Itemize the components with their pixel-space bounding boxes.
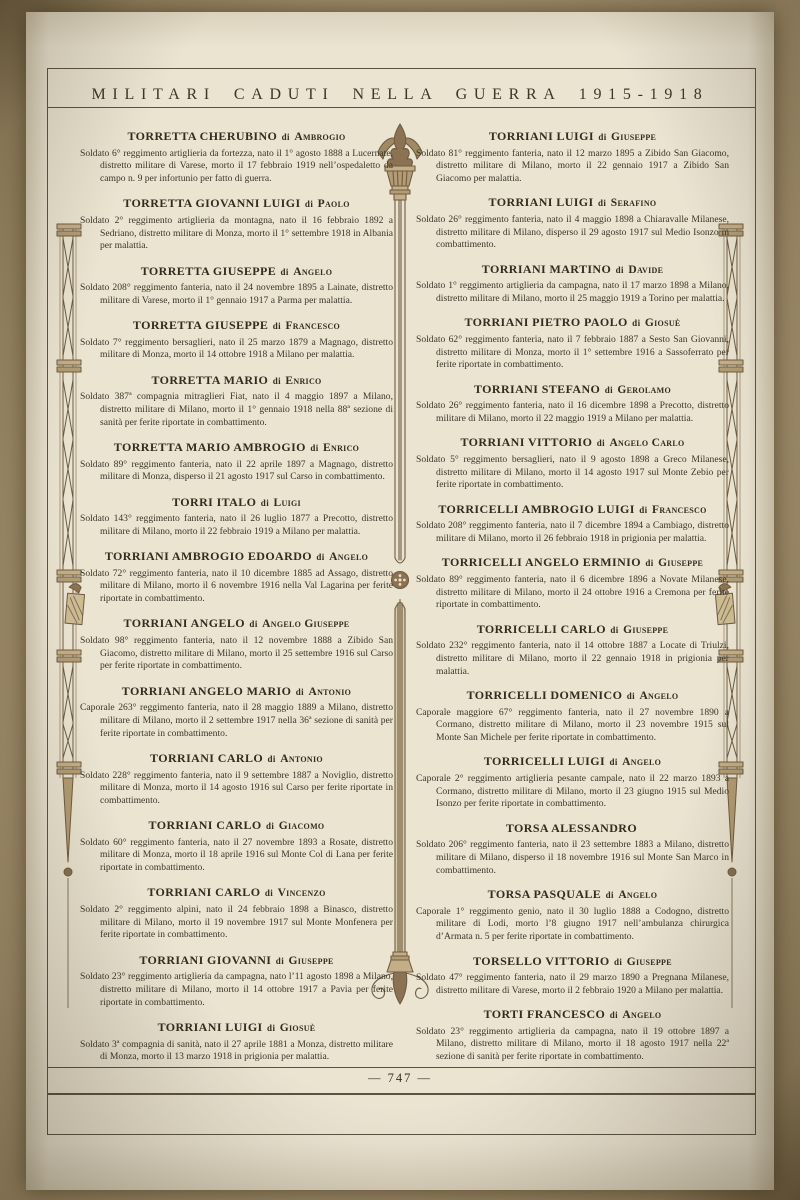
patronymic-name: Giuseppe: [289, 955, 334, 967]
soldier-name: TORRIANI CARLO: [150, 751, 263, 765]
soldier-record-text: Soldato 26° reggimento fanteria, nato il…: [416, 400, 729, 425]
soldier-entry: TORRIANI CARLO di Antonio Soldato 228° r…: [80, 752, 393, 808]
patronymic-prefix: di: [266, 821, 274, 831]
page-title: MILITARI CADUTI NELLA GUERRA 1915-1918: [26, 86, 774, 104]
soldier-entry: TORRIANI GIOVANNI di Giuseppe Soldato 23…: [80, 954, 393, 1010]
patronymic-prefix: di: [261, 498, 269, 508]
soldier-name-heading: TORRIANI LUIGI di Giuseppe: [416, 130, 729, 144]
soldier-name-heading: TORRETTA GIUSEPPE di Francesco: [80, 319, 393, 333]
soldier-name-heading: TORRETTA MARIO AMBROGIO di Enrico: [80, 441, 393, 455]
soldier-entry: TORRICELLI ANGELO ERMINIO di Giuseppe So…: [416, 556, 729, 612]
soldier-name: TORRIANI MARTINO: [482, 262, 611, 276]
soldier-name-heading: TORRIANI GIOVANNI di Giuseppe: [80, 954, 393, 968]
soldier-record-text: Soldato 143° reggimento fanteria, nato i…: [80, 513, 393, 538]
patronymic-prefix: di: [632, 318, 640, 328]
soldier-record-text: Soldato 232° reggimento fanteria, nato i…: [416, 640, 729, 678]
patronymic-prefix: di: [616, 265, 624, 275]
soldier-name: TORRICELLI CARLO: [477, 622, 606, 636]
soldier-record-text: Soldato 26° reggimento fanteria, nato il…: [416, 214, 729, 252]
soldier-entry: TORSA ALESSANDRO Soldato 206° reggimento…: [416, 822, 729, 878]
patronymic-name: Enrico: [323, 442, 359, 454]
soldier-entry: TORRIANI LUIGI di Giosuè Soldato 3ª comp…: [80, 1021, 393, 1064]
patronymic-name: Angelo: [622, 756, 661, 768]
soldier-entry: TORRI ITALO di Luigi Soldato 143° reggim…: [80, 496, 393, 539]
soldier-entry: TORRETTA CHERUBINO di Ambrogio Soldato 6…: [80, 130, 393, 186]
patronymic-prefix: di: [281, 267, 289, 277]
soldier-name-heading: TORRIANI STEFANO di Gerolamo: [416, 383, 729, 397]
soldier-name-heading: TORRIANI VITTORIO di Angelo Carlo: [416, 436, 729, 450]
soldier-entry: TORRIANI CARLO di Giacomo Soldato 60° re…: [80, 819, 393, 875]
soldier-entry: TORRICELLI AMBROGIO LUIGI di Francesco S…: [416, 503, 729, 546]
soldier-entry: TORRIANI VITTORIO di Angelo Carlo Soldat…: [416, 436, 729, 492]
soldier-record-text: Soldato 62° reggimento fanteria, nato il…: [416, 334, 729, 372]
patronymic-prefix: di: [645, 558, 653, 568]
soldier-entry: TORRICELLI DOMENICO di Angelo Caporale m…: [416, 689, 729, 745]
soldier-record-text: Soldato 47° reggimento fanteria, nato il…: [416, 972, 729, 997]
soldier-entry: TORRIANI ANGELO di Angelo Giuseppe Solda…: [80, 617, 393, 673]
soldier-entry: TORRIANI CARLO di Vincenzo Soldato 2° re…: [80, 886, 393, 942]
soldier-record-text: Soldato 7° reggimento bersaglieri, nato …: [80, 337, 393, 362]
soldier-record-text: Soldato 89° reggimento fanteria, nato il…: [80, 459, 393, 484]
soldier-name: TORSA ALESSANDRO: [506, 821, 637, 835]
soldier-name-heading: TORRIANI ANGELO MARIO di Antonio: [80, 685, 393, 699]
soldier-record-text: Soldato 228° reggimento fanteria, nato i…: [80, 770, 393, 808]
soldier-entry: TORRETTA MARIO di Enrico Soldato 387ª co…: [80, 374, 393, 430]
book-page: MILITARI CADUTI NELLA GUERRA 1915-1918: [26, 12, 774, 1190]
soldier-name: TORRIANI VITTORIO: [460, 435, 592, 449]
soldier-entry: TORRIANI PIETRO PAOLO di Giosuè Soldato …: [416, 316, 729, 372]
patronymic-prefix: di: [597, 438, 605, 448]
soldier-record-text: Soldato 23° reggimento artiglieria da ca…: [80, 971, 393, 1009]
patronymic-prefix: di: [627, 691, 635, 701]
soldier-name: TORRICELLI ANGELO ERMINIO: [442, 555, 641, 569]
patronymic-name: Giuseppe: [611, 131, 656, 143]
soldier-name-heading: TORRIANI ANGELO di Angelo Giuseppe: [80, 617, 393, 631]
patronymic-prefix: di: [639, 505, 647, 515]
patronymic-name: Angelo: [293, 266, 332, 278]
soldier-name: TORSELLO VITTORIO: [473, 954, 610, 968]
soldier-record-text: Soldato 3ª compagnia di sanità, nato il …: [80, 1039, 393, 1064]
soldier-entry: TORRETTA GIUSEPPE di Francesco Soldato 7…: [80, 319, 393, 362]
soldier-entry: TORRETTA MARIO AMBROGIO di Enrico Soldat…: [80, 441, 393, 484]
patronymic-prefix: di: [267, 1023, 275, 1033]
soldier-name-heading: TORRICELLI ANGELO ERMINIO di Giuseppe: [416, 556, 729, 570]
patronymic-name: Gerolamo: [617, 384, 671, 396]
patronymic-name: Angelo Giuseppe: [262, 618, 349, 630]
soldier-record-text: Soldato 60° reggimento fanteria, nato il…: [80, 837, 393, 875]
soldier-record-text: Soldato 81° reggimento fanteria, nato il…: [416, 148, 729, 186]
soldier-name: TORRETTA GIUSEPPE: [141, 264, 276, 278]
soldier-entry: TORRIANI AMBROGIO EDOARDO di Angelo Sold…: [80, 550, 393, 606]
patronymic-name: Ambrogio: [294, 131, 345, 143]
patronymic-prefix: di: [296, 687, 304, 697]
soldier-name: TORRIANI LUIGI: [489, 195, 594, 209]
title-underline-rule: [47, 107, 756, 108]
patronymic-name: Antonio: [280, 753, 323, 765]
column-right: TORRIANI LUIGI di Giuseppe Soldato 81° r…: [416, 130, 729, 1064]
soldier-name-heading: TORRIANI LUIGI di Serafino: [416, 196, 729, 210]
patronymic-name: Giosuè: [645, 317, 681, 329]
soldier-name: TORRIANI CARLO: [149, 818, 262, 832]
patronymic-prefix: di: [614, 957, 622, 967]
patronymic-prefix: di: [316, 552, 324, 562]
soldier-record-text: Soldato 387ª compagnia mitraglieri Fiat,…: [80, 391, 393, 429]
soldier-name-heading: TORRICELLI LUIGI di Angelo: [416, 755, 729, 769]
soldier-record-text: Caporale 263° reggimento fanteria, nato …: [80, 702, 393, 740]
soldier-record-text: Soldato 2° reggimento artiglieria da mon…: [80, 215, 393, 253]
soldier-record-text: Soldato 206° reggimento fanteria, nato i…: [416, 839, 729, 877]
soldier-name: TORRETTA GIUSEPPE: [133, 318, 268, 332]
soldier-name-heading: TORRIANI AMBROGIO EDOARDO di Angelo: [80, 550, 393, 564]
patronymic-prefix: di: [273, 376, 281, 386]
soldier-entry: TORRIANI MARTINO di Davide Soldato 1° re…: [416, 263, 729, 306]
patronymic-name: Luigi: [274, 497, 301, 509]
patronymic-name: Francesco: [285, 320, 340, 332]
soldier-name: TORRIANI CARLO: [147, 885, 260, 899]
soldier-name: TORRIANI LUIGI: [489, 129, 594, 143]
soldier-name-heading: TORSA PASQUALE di Angelo: [416, 888, 729, 902]
patronymic-prefix: di: [598, 198, 606, 208]
patronymic-prefix: di: [276, 956, 284, 966]
soldier-record-text: Soldato 72° reggimento fanteria, nato il…: [80, 568, 393, 606]
soldier-name: TORRIANI STEFANO: [474, 382, 600, 396]
soldier-name-heading: TORRIANI PIETRO PAOLO di Giosuè: [416, 316, 729, 330]
patronymic-name: Enrico: [285, 375, 321, 387]
soldier-name: TORRIANI PIETRO PAOLO: [464, 315, 627, 329]
soldier-name-heading: TORRICELLI DOMENICO di Angelo: [416, 689, 729, 703]
soldier-name: TORRICELLI AMBROGIO LUIGI: [438, 502, 635, 516]
soldier-name-heading: TORRICELLI CARLO di Giuseppe: [416, 623, 729, 637]
soldier-record-text: Soldato 208° reggimento fanteria, nato i…: [416, 520, 729, 545]
soldier-name-heading: TORRIANI CARLO di Antonio: [80, 752, 393, 766]
patronymic-name: Angelo: [639, 690, 678, 702]
soldier-name-heading: TORRIANI CARLO di Giacomo: [80, 819, 393, 833]
soldier-name: TORTI FRANCESCO: [484, 1007, 606, 1021]
soldier-name-heading: TORRICELLI AMBROGIO LUIGI di Francesco: [416, 503, 729, 517]
patronymic-prefix: di: [610, 1010, 618, 1020]
soldier-record-text: Caporale 2° reggimento artiglieria pesan…: [416, 773, 729, 811]
patronymic-prefix: di: [606, 890, 614, 900]
patronymic-name: Vincenzo: [278, 887, 326, 899]
patronymic-prefix: di: [273, 321, 281, 331]
patronymic-prefix: di: [305, 199, 313, 209]
patronymic-name: Angelo: [329, 551, 368, 563]
soldier-entry: TORRICELLI CARLO di Giuseppe Soldato 232…: [416, 623, 729, 679]
patronymic-name: Antonio: [308, 686, 351, 698]
soldier-entry: TORRIANI ANGELO MARIO di Antonio Caporal…: [80, 685, 393, 741]
patronymic-prefix: di: [310, 443, 318, 453]
soldier-entry: TORRICELLI LUIGI di Angelo Caporale 2° r…: [416, 755, 729, 811]
soldier-record-text: Soldato 6° reggimento artiglieria da for…: [80, 148, 393, 186]
page-number: — 747 —: [26, 1071, 774, 1086]
soldier-entry: TORRETTA GIUSEPPE di Angelo Soldato 208°…: [80, 265, 393, 308]
patronymic-prefix: di: [249, 619, 257, 629]
soldier-name-heading: TORTI FRANCESCO di Angelo: [416, 1008, 729, 1022]
soldier-entry: TORRIANI STEFANO di Gerolamo Soldato 26°…: [416, 383, 729, 426]
soldier-name: TORRIANI AMBROGIO EDOARDO: [105, 549, 312, 563]
soldier-name-heading: TORRIANI LUIGI di Giosuè: [80, 1021, 393, 1035]
soldier-name: TORRETTA MARIO AMBROGIO: [114, 440, 306, 454]
patronymic-prefix: di: [265, 888, 273, 898]
patronymic-name: Giosuè: [280, 1022, 316, 1034]
patronymic-prefix: di: [610, 625, 618, 635]
soldier-name-heading: TORRETTA CHERUBINO di Ambrogio: [80, 130, 393, 144]
soldier-name: TORRIANI ANGELO MARIO: [122, 684, 292, 698]
patronymic-name: Giacomo: [279, 820, 325, 832]
patronymic-name: Francesco: [652, 504, 707, 516]
patronymic-prefix: di: [282, 132, 290, 142]
patronymic-name: Angelo: [622, 1009, 661, 1021]
soldier-name-heading: TORRETTA GIUSEPPE di Angelo: [80, 265, 393, 279]
patronymic-name: Angelo Carlo: [609, 437, 684, 449]
patronymic-name: Giuseppe: [627, 956, 672, 968]
patronymic-name: Giuseppe: [658, 557, 703, 569]
soldier-name: TORRETTA MARIO: [151, 373, 268, 387]
soldier-name-heading: TORSA ALESSANDRO: [416, 822, 729, 836]
footer-top-rule: [47, 1067, 756, 1068]
footer-bottom-rule: [47, 1093, 756, 1095]
patronymic-prefix: di: [605, 385, 613, 395]
soldier-entry: TORTI FRANCESCO di Angelo Soldato 23° re…: [416, 1008, 729, 1064]
soldier-name-heading: TORRETTA MARIO di Enrico: [80, 374, 393, 388]
patronymic-name: Giuseppe: [623, 624, 668, 636]
soldier-entry: TORRETTA GIOVANNI LUIGI di Paolo Soldato…: [80, 197, 393, 253]
soldier-entry: TORSA PASQUALE di Angelo Caporale 1° reg…: [416, 888, 729, 944]
patronymic-name: Davide: [628, 264, 663, 276]
soldier-name: TORRIANI GIOVANNI: [139, 953, 271, 967]
soldier-record-text: Soldato 5° reggimento bersaglieri, nato …: [416, 454, 729, 492]
soldier-record-text: Soldato 23° reggimento artiglieria da ca…: [416, 1026, 729, 1064]
patronymic-prefix: di: [268, 754, 276, 764]
patronymic-name: Paolo: [318, 198, 350, 210]
soldier-record-text: Soldato 2° reggimento alpini, nato il 24…: [80, 904, 393, 942]
soldier-name-heading: TORRIANI CARLO di Vincenzo: [80, 886, 393, 900]
soldier-name: TORRETTA CHERUBINO: [127, 129, 277, 143]
soldier-name-heading: TORSELLO VITTORIO di Giuseppe: [416, 955, 729, 969]
column-left: TORRETTA CHERUBINO di Ambrogio Soldato 6…: [80, 130, 393, 1064]
soldier-name-heading: TORRIANI MARTINO di Davide: [416, 263, 729, 277]
soldier-entry: TORRIANI LUIGI di Giuseppe Soldato 81° r…: [416, 130, 729, 186]
soldier-name: TORRI ITALO: [172, 495, 256, 509]
soldier-record-text: Caporale maggiore 67° reggimento fanteri…: [416, 707, 729, 745]
patronymic-name: Angelo: [618, 889, 657, 901]
soldier-entry: TORSELLO VITTORIO di Giuseppe Soldato 47…: [416, 955, 729, 998]
patronymic-name: Serafino: [611, 197, 657, 209]
soldier-record-text: Soldato 1° reggimento artiglieria da cam…: [416, 280, 729, 305]
soldier-name: TORSA PASQUALE: [488, 887, 602, 901]
soldier-record-text: Soldato 208° reggimento fanteria, nato i…: [80, 282, 393, 307]
soldier-record-text: Caporale 1° reggimento genio, nato il 30…: [416, 906, 729, 944]
book-photo-background: { "header": { "title": "MILITARI CADUTI …: [0, 0, 800, 1200]
soldier-name: TORRIANI ANGELO: [124, 616, 245, 630]
patronymic-prefix: di: [609, 757, 617, 767]
soldier-record-text: Soldato 98° reggimento fanteria, nato il…: [80, 635, 393, 673]
soldier-name: TORRICELLI DOMENICO: [467, 688, 623, 702]
soldier-name: TORRETTA GIOVANNI LUIGI: [123, 196, 300, 210]
soldier-name-heading: TORRETTA GIOVANNI LUIGI di Paolo: [80, 197, 393, 211]
soldier-name: TORRIANI LUIGI: [158, 1020, 263, 1034]
soldier-entry: TORRIANI LUIGI di Serafino Soldato 26° r…: [416, 196, 729, 252]
soldier-name-heading: TORRI ITALO di Luigi: [80, 496, 393, 510]
patronymic-prefix: di: [598, 132, 606, 142]
soldier-name: TORRICELLI LUIGI: [484, 754, 605, 768]
soldier-record-text: Soldato 89° reggimento fanteria, nato il…: [416, 574, 729, 612]
